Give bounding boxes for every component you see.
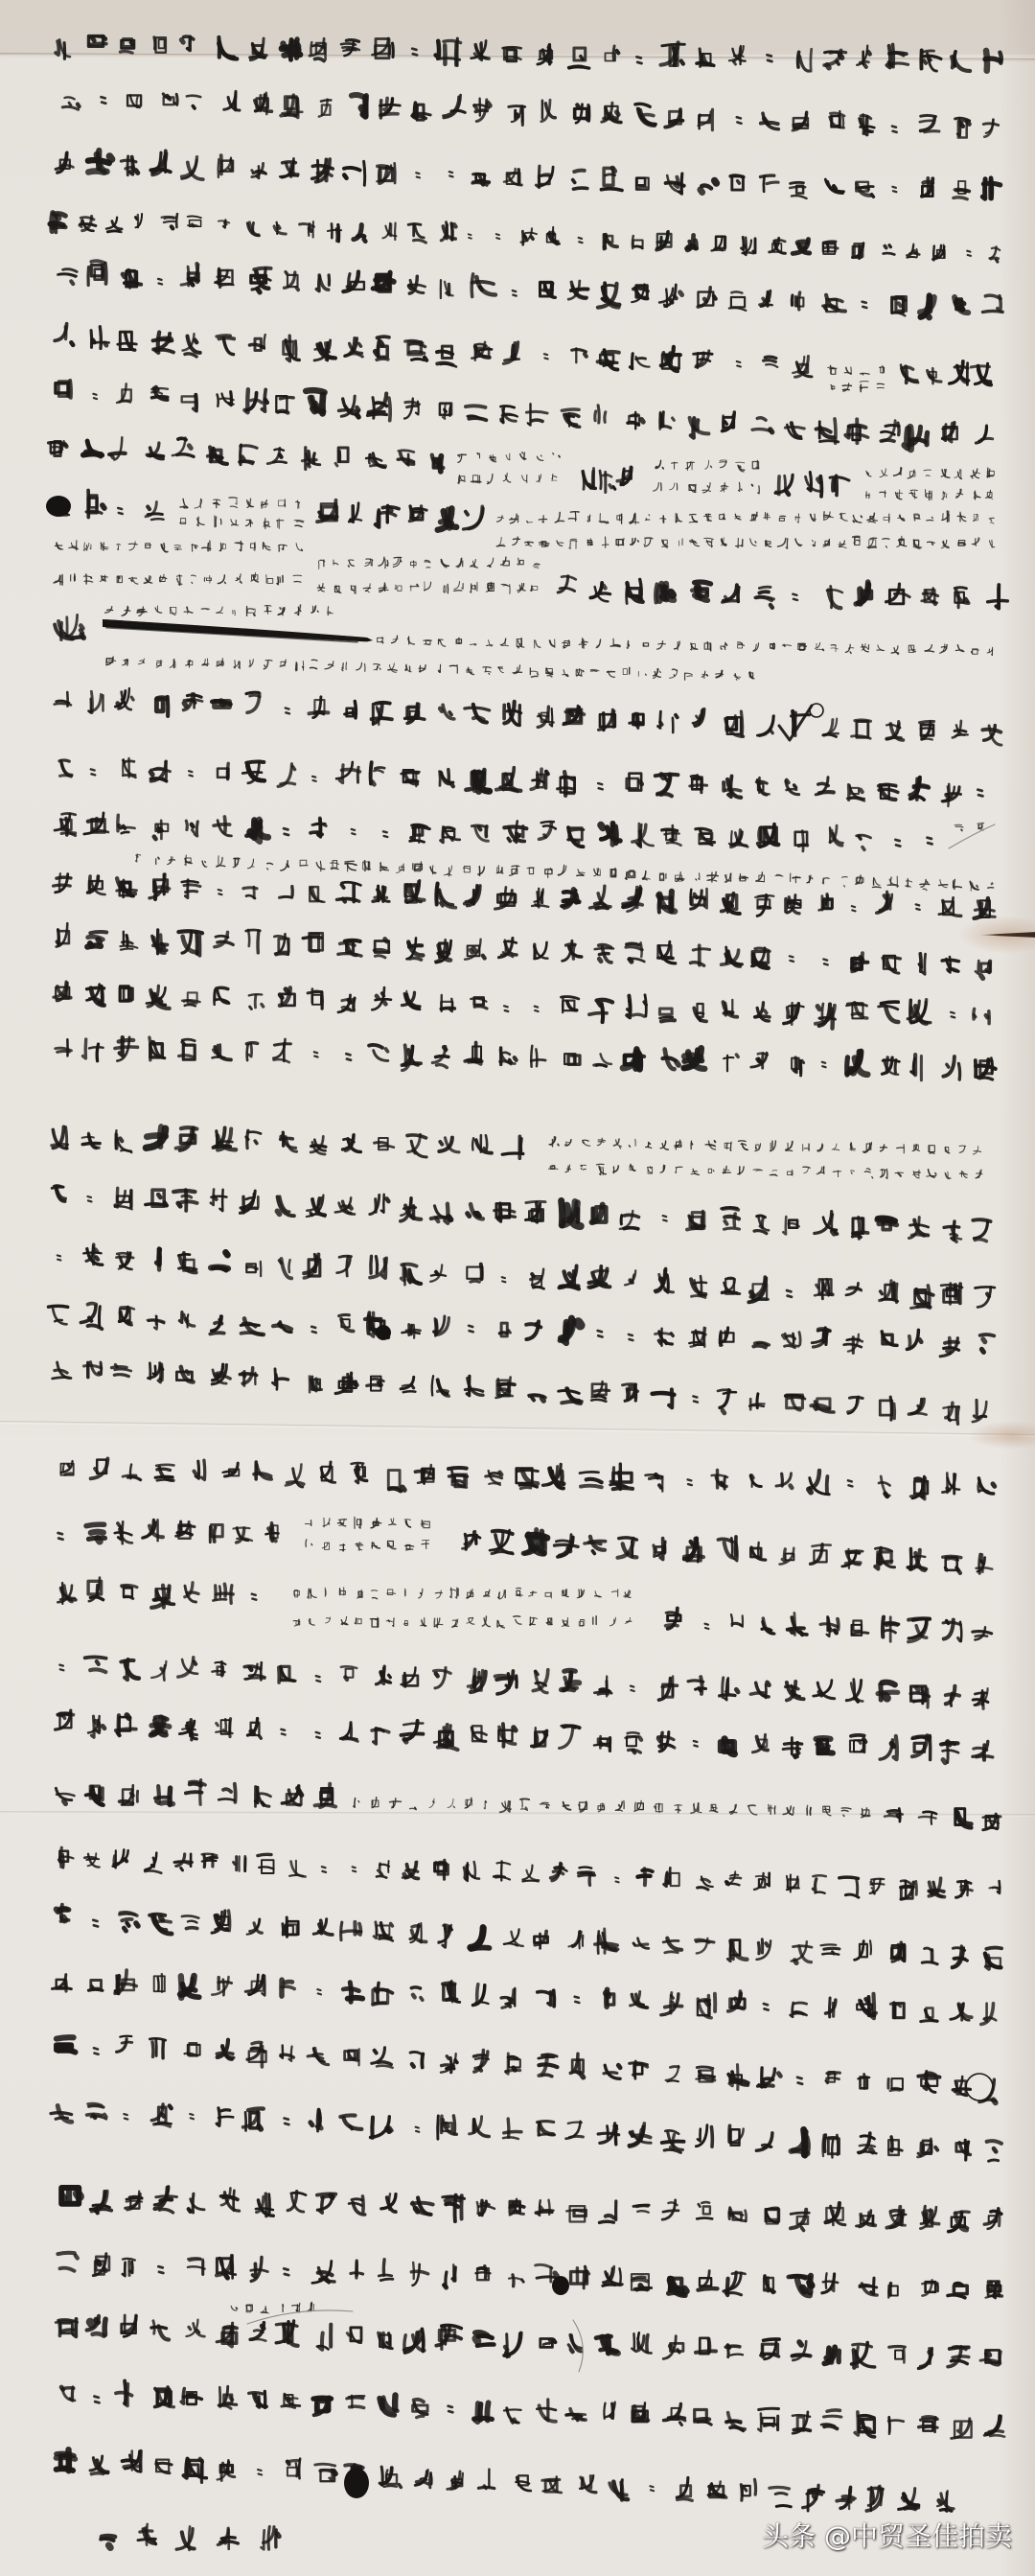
glyph xyxy=(852,953,867,971)
glyph xyxy=(793,112,808,130)
glyph xyxy=(280,660,286,666)
glyph xyxy=(472,1135,492,1153)
glyph xyxy=(632,285,648,303)
glyph xyxy=(976,1058,996,1080)
glyph xyxy=(373,1983,392,2005)
glyph xyxy=(563,640,570,648)
glyph xyxy=(57,2449,76,2471)
glyph xyxy=(264,661,272,669)
glyph xyxy=(827,587,842,609)
glyph xyxy=(883,956,900,973)
glyph xyxy=(88,1716,104,1737)
glyph xyxy=(317,584,324,592)
glyph xyxy=(792,1057,804,1076)
glyph xyxy=(546,668,553,677)
glyph xyxy=(274,934,288,955)
glyph xyxy=(698,2271,717,2290)
glyph xyxy=(623,1049,644,1069)
glyph xyxy=(243,887,257,898)
glyph xyxy=(983,295,1003,312)
glyph xyxy=(972,649,978,654)
glyph xyxy=(735,514,741,520)
glyph xyxy=(87,932,106,947)
glyph xyxy=(115,1521,132,1543)
glyph xyxy=(686,462,695,471)
glyph xyxy=(144,576,152,584)
glyph xyxy=(83,1039,103,1061)
iteration-mark xyxy=(124,2114,127,2120)
glyph xyxy=(245,2305,252,2312)
glyph xyxy=(791,2210,809,2231)
glyph xyxy=(179,1312,194,1328)
glyph xyxy=(501,584,510,593)
glyph xyxy=(341,40,359,56)
glyph xyxy=(388,663,397,672)
glyph xyxy=(659,412,674,429)
glyph xyxy=(345,2049,359,2065)
glyph xyxy=(625,1617,632,1623)
glyph xyxy=(598,283,619,307)
glyph xyxy=(583,469,595,490)
glyph xyxy=(901,1881,916,1899)
glyph xyxy=(379,583,388,592)
glyph xyxy=(662,2200,678,2219)
glyph xyxy=(145,1853,161,1873)
glyph xyxy=(531,1269,544,1289)
glyph xyxy=(941,1284,962,1304)
glyph xyxy=(424,640,431,645)
glyph xyxy=(451,1619,458,1628)
manuscript-line xyxy=(62,91,998,137)
text-run xyxy=(59,1847,1000,1899)
glyph xyxy=(708,2482,726,2498)
glyph xyxy=(562,1618,568,1627)
glyph xyxy=(278,764,295,787)
glyph xyxy=(54,575,62,586)
glyph xyxy=(626,870,635,879)
glyph xyxy=(675,1140,681,1149)
glyph xyxy=(115,1037,138,1061)
glyph xyxy=(570,2054,583,2077)
glyph xyxy=(718,1390,736,1413)
glyph xyxy=(837,2487,855,2509)
glyph xyxy=(752,418,772,432)
glyph xyxy=(770,1171,777,1176)
glyph xyxy=(280,2045,293,2061)
glyph xyxy=(441,222,455,241)
glyph xyxy=(750,1683,769,1698)
text-run xyxy=(54,873,996,918)
glyph xyxy=(344,161,365,185)
glyph xyxy=(302,448,319,470)
glyph xyxy=(522,475,527,482)
glyph xyxy=(281,95,302,117)
iteration-mark xyxy=(977,790,982,797)
glyph xyxy=(638,1868,653,1885)
text-run xyxy=(55,324,812,378)
glyph xyxy=(604,2402,614,2419)
glyph xyxy=(411,2263,427,2286)
glyph xyxy=(246,820,267,842)
glyph xyxy=(795,539,802,546)
glyph xyxy=(273,1322,291,1333)
glyph xyxy=(376,337,389,360)
glyph xyxy=(663,1050,679,1070)
glyph xyxy=(886,722,904,740)
glyph xyxy=(663,1938,681,1953)
glyph xyxy=(355,1618,361,1624)
glyph xyxy=(839,1877,859,1897)
glyph xyxy=(696,828,715,845)
glyph xyxy=(729,291,747,310)
glyph xyxy=(178,1658,197,1677)
glyph xyxy=(726,1871,741,1885)
glyph xyxy=(910,1686,929,1707)
glyph xyxy=(595,1929,618,1954)
glyph xyxy=(349,503,361,522)
glyph xyxy=(822,878,829,884)
glyph xyxy=(764,2276,774,2292)
glyph xyxy=(839,513,847,521)
glyph xyxy=(627,579,643,603)
glyph xyxy=(279,1259,291,1278)
glyph xyxy=(303,933,323,951)
glyph xyxy=(845,644,854,653)
glyph xyxy=(950,361,969,385)
glyph xyxy=(273,1369,288,1390)
annotation xyxy=(54,541,302,586)
glyph xyxy=(760,2339,779,2359)
glyph xyxy=(339,1588,345,1595)
glyph xyxy=(728,2065,748,2090)
glyph xyxy=(784,1003,804,1025)
glyph xyxy=(633,1938,649,1949)
glyph xyxy=(218,2386,237,2408)
text-run xyxy=(62,91,998,137)
ink-blot xyxy=(376,1325,391,1340)
glyph xyxy=(213,1045,231,1060)
manuscript-line xyxy=(56,1037,996,1080)
glyph xyxy=(698,109,712,130)
glyph xyxy=(770,2487,791,2506)
glyph xyxy=(831,384,835,389)
glyph xyxy=(443,1981,460,2002)
glyph xyxy=(755,1003,770,1021)
glyph xyxy=(753,1734,769,1752)
glyph xyxy=(577,870,586,876)
glyph xyxy=(568,1931,583,1948)
glyph xyxy=(973,1688,988,1708)
glyph xyxy=(136,214,143,227)
glyph xyxy=(738,1167,744,1174)
glyph xyxy=(471,998,487,1009)
glyph xyxy=(751,1053,768,1068)
glyph xyxy=(792,292,803,310)
manuscript-line xyxy=(55,605,993,680)
glyph xyxy=(846,419,868,443)
glyph xyxy=(214,817,231,836)
glyph xyxy=(284,336,300,361)
text-run xyxy=(55,688,1001,745)
glyph xyxy=(310,818,326,837)
glyph xyxy=(315,2464,336,2481)
glyph xyxy=(679,539,683,546)
glyph xyxy=(494,1861,510,1880)
glyph xyxy=(89,36,106,47)
glyph xyxy=(516,2475,530,2491)
glyph xyxy=(498,667,503,673)
glyph xyxy=(83,543,91,551)
glyph xyxy=(504,169,521,185)
glyph xyxy=(363,584,371,592)
glyph xyxy=(438,508,457,529)
glyph xyxy=(630,713,644,728)
glyph xyxy=(436,38,461,65)
glyph xyxy=(653,1389,675,1407)
glyph xyxy=(434,1316,449,1336)
glyph xyxy=(202,1854,218,1868)
glyph xyxy=(183,334,200,357)
glyph xyxy=(666,2066,679,2081)
glyph xyxy=(879,1476,890,1497)
glyph xyxy=(202,541,211,551)
iteration-mark xyxy=(504,1006,508,1011)
glyph xyxy=(880,365,885,373)
glyph xyxy=(309,1619,314,1626)
glyph xyxy=(776,1474,792,1488)
glyph xyxy=(690,418,709,438)
glyph xyxy=(409,276,425,293)
glyph xyxy=(83,574,92,584)
glyph xyxy=(202,659,209,666)
glyph xyxy=(538,2122,555,2136)
glyph xyxy=(563,1590,568,1597)
glyph xyxy=(981,2004,996,2025)
glyph xyxy=(373,272,394,291)
glyph xyxy=(536,2200,553,2216)
glyph xyxy=(474,2402,493,2422)
glyph xyxy=(184,607,193,614)
glyph xyxy=(691,1276,706,1297)
glyph xyxy=(136,854,141,862)
glyph xyxy=(888,2137,902,2155)
glyph xyxy=(899,2489,919,2510)
glyph xyxy=(117,576,122,583)
glyph xyxy=(922,178,932,197)
glyph xyxy=(888,2078,903,2091)
glyph xyxy=(214,987,228,1005)
glyph xyxy=(704,642,710,651)
glyph xyxy=(435,940,450,963)
glyph xyxy=(471,825,488,841)
manuscript-line xyxy=(58,1517,993,1573)
glyph xyxy=(877,645,885,651)
glyph xyxy=(471,644,477,645)
glyph xyxy=(241,1191,259,1213)
glyph xyxy=(173,1190,196,1211)
glyph xyxy=(978,1478,995,1494)
glyph xyxy=(659,892,676,913)
glyph xyxy=(91,1458,108,1478)
glyph xyxy=(219,543,226,551)
glyph xyxy=(501,557,510,566)
glyph xyxy=(310,697,329,718)
glyph xyxy=(410,2052,423,2067)
glyph xyxy=(240,445,257,465)
glyph xyxy=(579,638,587,648)
glyph xyxy=(856,182,873,197)
glyph xyxy=(59,1847,74,1868)
glyph xyxy=(795,831,808,851)
glyph xyxy=(911,1055,922,1080)
glyph xyxy=(816,1738,833,1753)
iteration-mark xyxy=(284,828,288,835)
glyph xyxy=(560,1265,579,1288)
glyph xyxy=(471,560,478,569)
annotation xyxy=(496,511,995,548)
glyph xyxy=(282,2394,300,2407)
glyph xyxy=(758,824,778,847)
glyph xyxy=(816,777,834,795)
glyph xyxy=(262,500,268,509)
glyph xyxy=(850,1142,856,1150)
glyph xyxy=(372,1729,389,1745)
glyph xyxy=(509,105,525,125)
glyph xyxy=(472,174,490,185)
annotation xyxy=(105,605,333,615)
glyph xyxy=(444,2264,456,2287)
glyph xyxy=(696,2125,712,2147)
glyph xyxy=(506,453,510,460)
glyph xyxy=(927,1170,936,1177)
glyph xyxy=(395,585,402,591)
glyph xyxy=(496,1378,515,1399)
glyph xyxy=(471,41,490,60)
glyph xyxy=(366,453,385,468)
glyph xyxy=(496,865,502,873)
glyph xyxy=(696,2338,716,2354)
glyph xyxy=(707,872,718,883)
glyph xyxy=(562,409,579,427)
glyph xyxy=(509,866,518,876)
glyph xyxy=(816,1167,824,1174)
glyph xyxy=(705,460,712,469)
glyph xyxy=(822,2273,838,2293)
glyph xyxy=(851,1171,855,1173)
glyph xyxy=(61,2387,75,2401)
glyph xyxy=(319,100,332,117)
annotation xyxy=(548,1137,982,1179)
glyph xyxy=(213,1662,226,1676)
glyph xyxy=(465,1798,472,1808)
glyph xyxy=(620,1211,639,1229)
glyph xyxy=(976,1287,995,1307)
glyph xyxy=(791,2003,807,2017)
glyph xyxy=(985,51,1001,71)
glyph xyxy=(720,1678,738,1701)
glyph xyxy=(852,2343,875,2368)
glyph xyxy=(150,761,170,781)
glyph xyxy=(405,664,411,672)
glyph xyxy=(974,491,980,499)
annotation xyxy=(180,498,304,529)
iteration-mark xyxy=(693,1396,698,1402)
glyph xyxy=(211,1252,228,1270)
glyph xyxy=(860,115,875,135)
glyph xyxy=(583,1140,590,1146)
glyph xyxy=(120,932,137,950)
glyph xyxy=(604,235,617,249)
glyph xyxy=(660,1141,669,1149)
glyph xyxy=(195,1460,205,1479)
glyph xyxy=(351,2261,363,2278)
glyph xyxy=(860,2278,877,2295)
glyph xyxy=(503,474,510,483)
manuscript-line xyxy=(52,1126,982,1179)
glyph xyxy=(375,1138,394,1149)
glyph xyxy=(729,2208,747,2221)
glyph xyxy=(151,2321,169,2340)
glyph xyxy=(883,1617,899,1642)
glyph xyxy=(563,940,582,961)
glyph xyxy=(335,448,348,466)
glyph xyxy=(184,2459,207,2483)
glyph xyxy=(61,2188,80,2204)
glyph xyxy=(987,647,993,655)
glyph xyxy=(811,1399,834,1412)
glyph xyxy=(790,182,806,198)
glyph xyxy=(846,1003,866,1019)
manuscript-line xyxy=(57,1578,991,1642)
glyph xyxy=(568,827,584,847)
glyph xyxy=(867,513,877,522)
glyph xyxy=(920,115,939,131)
glyph xyxy=(155,1465,173,1481)
glyph xyxy=(250,335,265,350)
iteration-mark xyxy=(91,769,95,775)
glyph xyxy=(249,2391,266,2407)
glyph xyxy=(661,1993,682,2015)
glyph xyxy=(123,2451,141,2472)
glyph xyxy=(793,240,810,254)
glyph xyxy=(379,557,388,569)
glyph xyxy=(64,615,83,638)
glyph xyxy=(52,1186,65,1201)
glyph xyxy=(287,2192,306,2212)
glyph xyxy=(892,297,907,316)
glyph xyxy=(55,692,71,707)
glyph xyxy=(520,453,526,460)
glyph xyxy=(310,38,326,60)
glyph xyxy=(574,104,588,124)
glyph xyxy=(631,538,639,545)
glyph xyxy=(944,1221,961,1242)
glyph xyxy=(55,814,76,836)
glyph xyxy=(539,2054,558,2077)
text-run xyxy=(50,213,1000,262)
text-run xyxy=(52,1186,990,1242)
glyph xyxy=(317,500,337,522)
glyph xyxy=(712,237,726,251)
glyph xyxy=(752,485,760,494)
glyph xyxy=(56,1039,72,1056)
manuscript-line xyxy=(53,1362,987,1425)
glyph xyxy=(826,2072,840,2083)
glyph xyxy=(886,584,910,604)
glyph xyxy=(908,1000,931,1024)
glyph xyxy=(889,2346,906,2362)
glyph xyxy=(86,1524,105,1542)
